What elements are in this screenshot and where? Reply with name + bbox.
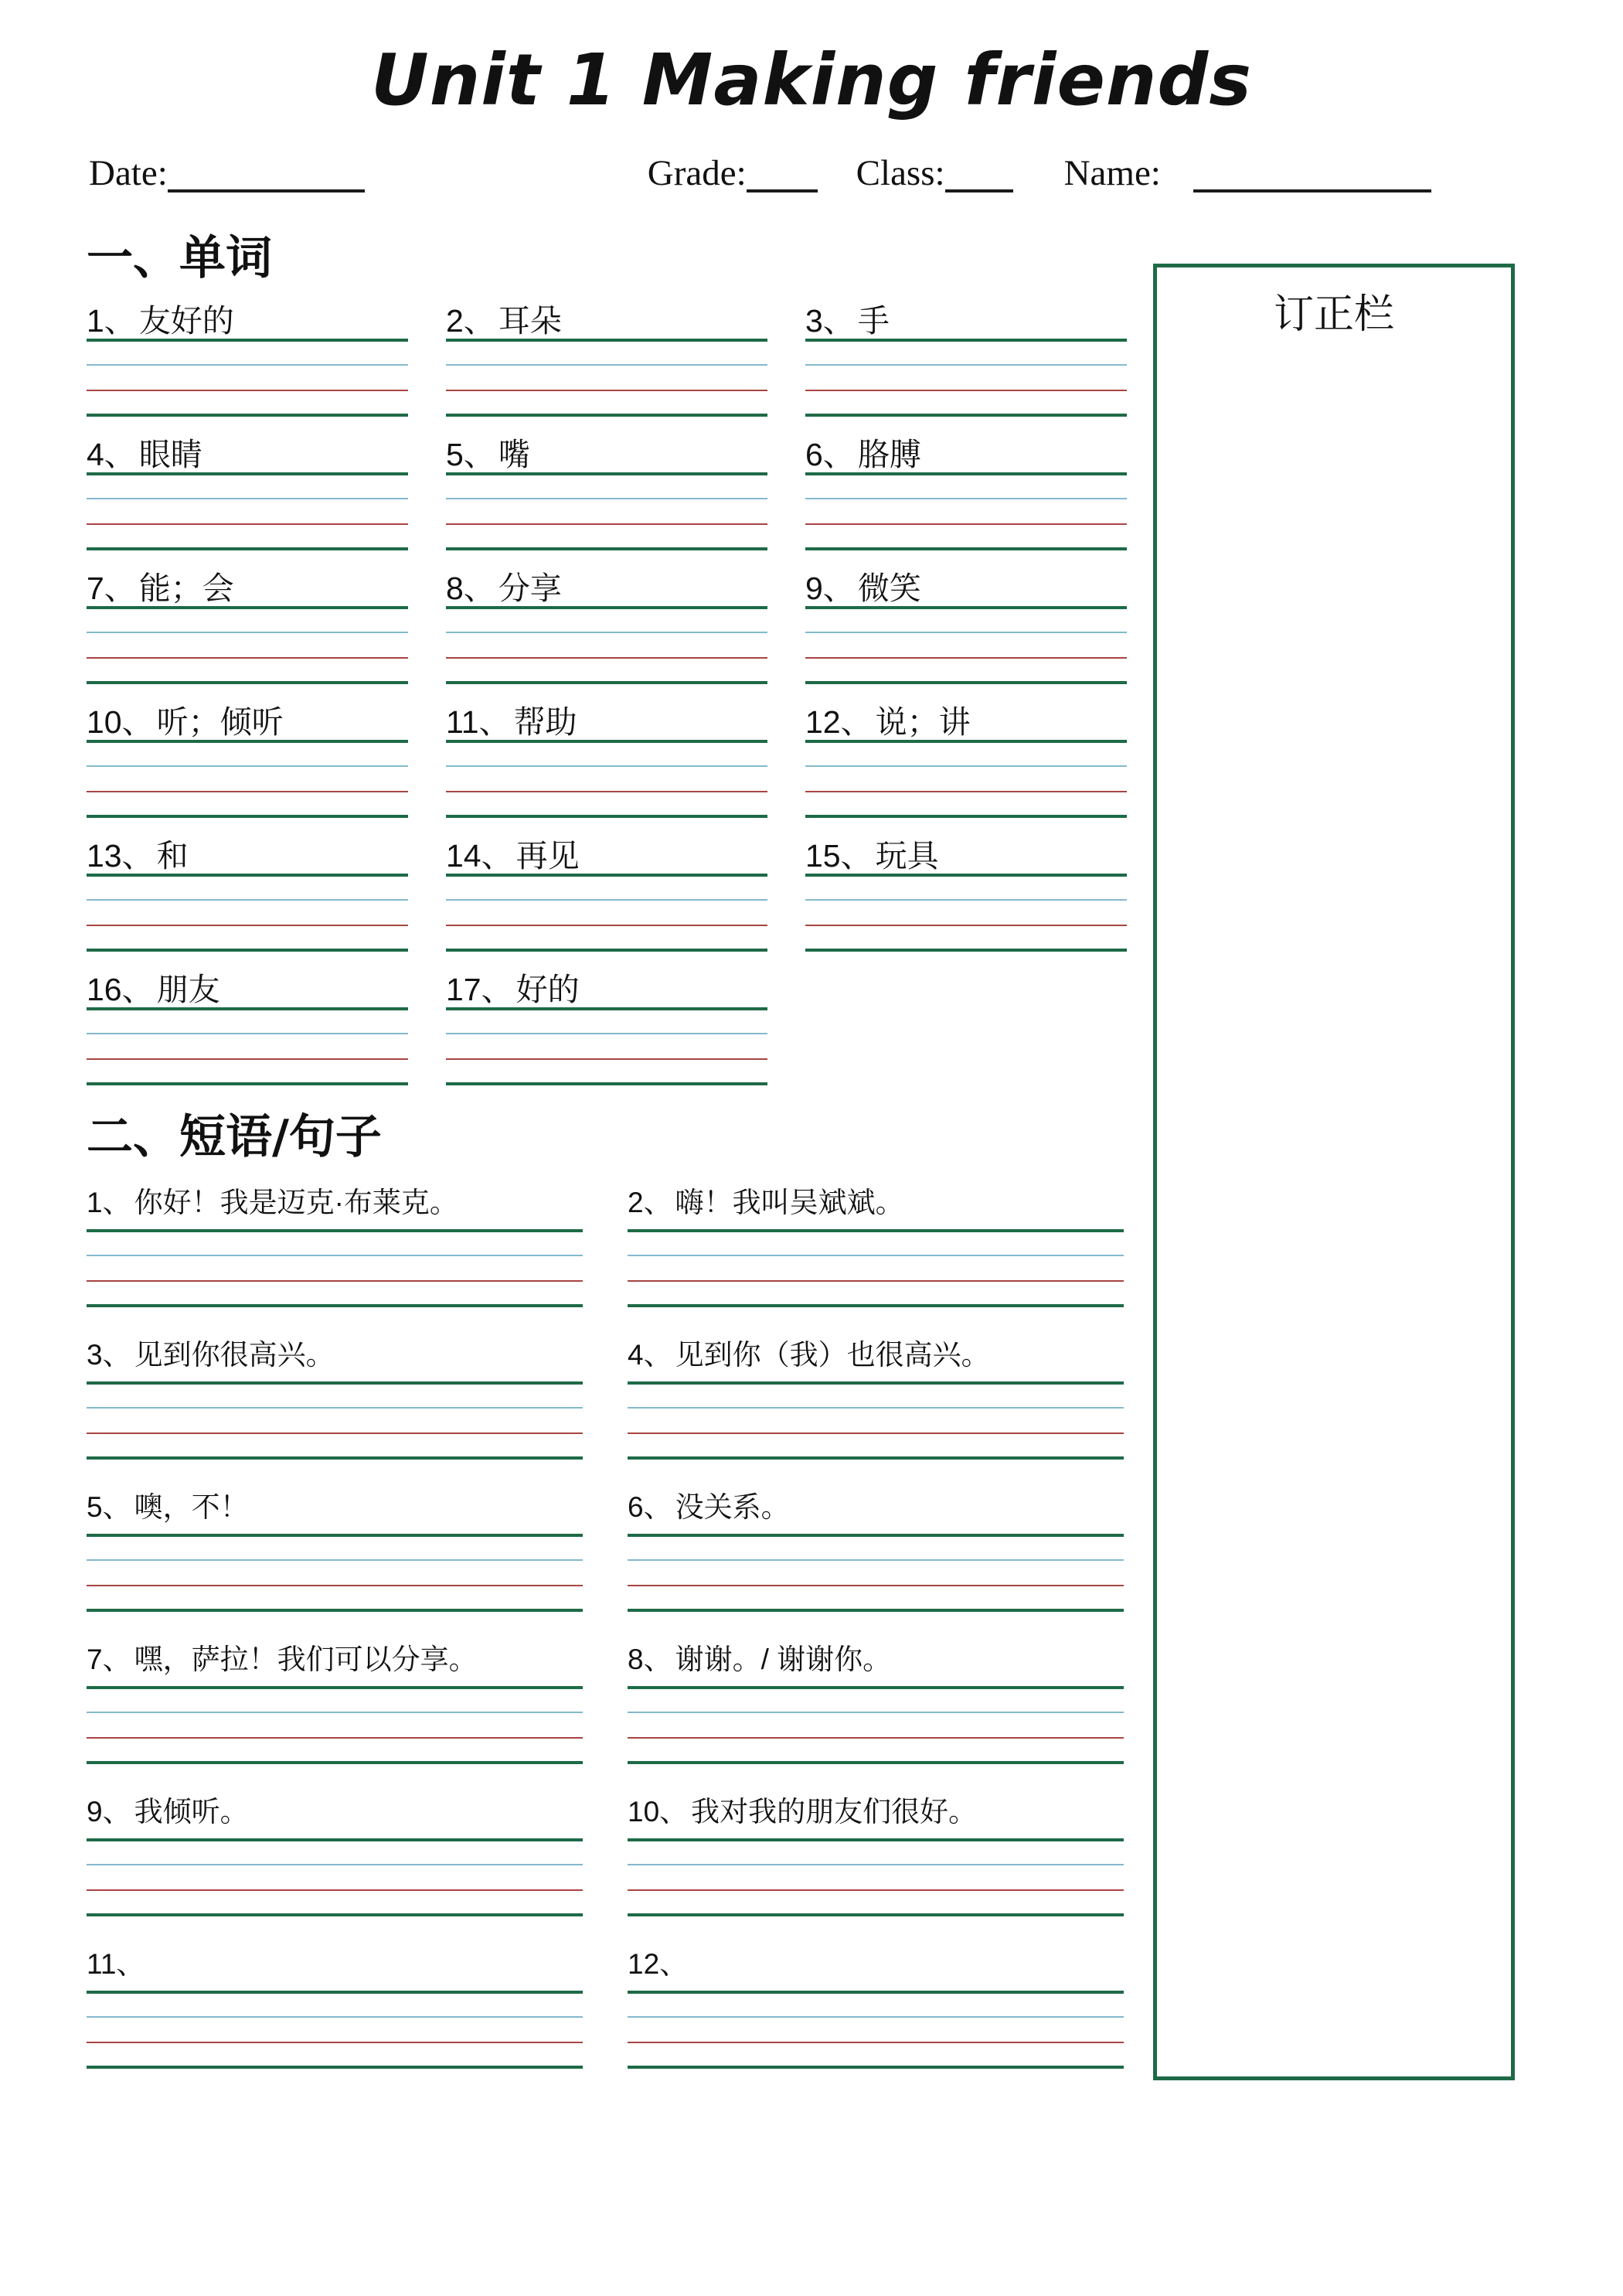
section-words-heading: 一、单词	[87, 230, 1127, 287]
word-number: 17、	[446, 972, 513, 1007]
sentence-item: 2、嗨！我叫吴斌斌。	[628, 1186, 1124, 1307]
sentence-number: 10、	[628, 1796, 688, 1828]
writing-line-top-green	[446, 339, 767, 342]
writing-line-bottom-green	[87, 681, 408, 684]
word-item: 15、玩具	[805, 839, 1127, 952]
word-item: 2、耳朵	[446, 304, 767, 417]
writing-lines[interactable]	[87, 1838, 583, 1916]
writing-line-blue	[628, 1559, 1124, 1561]
word-number: 8、	[446, 571, 495, 606]
writing-line-bottom-green	[628, 1913, 1124, 1916]
word-item: 10、听；倾听	[87, 705, 408, 818]
word-text: 眼睛	[139, 437, 202, 472]
writing-line-red	[805, 791, 1127, 792]
writing-line-blue	[628, 1255, 1124, 1256]
writing-line-bottom-green	[446, 547, 767, 550]
writing-line-top-green	[87, 339, 408, 342]
word-text: 帮助	[514, 704, 577, 740]
word-number: 3、	[805, 303, 855, 339]
writing-line-bottom-green	[446, 414, 767, 417]
word-text: 胳膊	[858, 437, 921, 472]
word-number: 5、	[446, 437, 495, 472]
word-item: 17、好的	[446, 973, 767, 1085]
word-text: 分享	[498, 571, 562, 606]
writing-lines[interactable]	[628, 1838, 1124, 1916]
word-label: 15、玩具	[805, 839, 1127, 874]
writing-line-bottom-green	[805, 414, 1127, 417]
writing-lines[interactable]	[87, 740, 408, 818]
word-label: 17、好的	[446, 973, 767, 1007]
writing-lines[interactable]	[628, 1534, 1124, 1612]
section-sentences-heading: 二、短语/句子	[87, 1109, 1127, 1166]
word-label: 11、帮助	[446, 705, 767, 740]
writing-lines[interactable]	[628, 1686, 1124, 1764]
sentence-text: 嗨！我叫吴斌斌。	[675, 1187, 904, 1218]
writing-line-top-green	[87, 1534, 583, 1537]
writing-line-blue	[87, 1255, 583, 1256]
date-input-line[interactable]	[168, 185, 365, 192]
writing-line-blue	[87, 899, 408, 901]
word-number: 12、	[805, 704, 873, 740]
word-label: 16、朋友	[87, 973, 408, 1007]
writing-line-blue	[805, 364, 1127, 366]
writing-line-red	[805, 657, 1127, 659]
sentence-number: 7、	[87, 1644, 131, 1675]
sentence-item: 11、	[87, 1947, 583, 2069]
writing-line-bottom-green	[446, 1082, 767, 1085]
word-number: 1、	[87, 303, 136, 339]
writing-line-top-green	[628, 1534, 1124, 1537]
sentence-item: 7、嘿，萨拉！我们可以分享。	[87, 1643, 583, 1764]
writing-line-red	[628, 1432, 1124, 1434]
sentence-text: 你好！我是迈克·布莱克。	[134, 1187, 458, 1218]
writing-line-top-green	[446, 740, 767, 743]
writing-line-red	[446, 657, 767, 659]
word-number: 9、	[805, 571, 855, 606]
sentence-item: 4、见到你（我）也很高兴。	[628, 1338, 1124, 1460]
writing-line-blue	[87, 1712, 583, 1713]
sentences-grid: 1、你好！我是迈克·布莱克。 2、嗨！我叫吴斌斌。 3、见到你很高兴。 4、见到…	[87, 1186, 1127, 2069]
sentence-text: 嘿，萨拉！我们可以分享。	[134, 1644, 478, 1675]
writing-line-red	[87, 1889, 583, 1891]
sentence-text: 我倾听。	[134, 1796, 249, 1828]
info-row: Date: Grade: Class: Name:	[89, 152, 1623, 194]
writing-line-bottom-green	[87, 2066, 583, 2069]
word-item: 14、再见	[446, 839, 767, 952]
writing-line-top-green	[628, 1991, 1124, 1994]
writing-line-blue	[446, 899, 767, 901]
word-label: 4、眼睛	[87, 438, 408, 472]
word-number: 6、	[805, 437, 855, 472]
writing-line-bottom-green	[87, 1609, 583, 1612]
word-label: 1、友好的	[87, 304, 408, 339]
sentence-number: 8、	[628, 1644, 672, 1675]
writing-line-blue	[87, 1033, 408, 1034]
writing-line-blue	[87, 1407, 583, 1409]
word-label: 14、再见	[446, 839, 767, 874]
writing-line-blue	[805, 632, 1127, 633]
writing-line-top-green	[805, 606, 1127, 609]
writing-line-red	[446, 523, 767, 525]
sentence-text: 噢，不！	[134, 1491, 249, 1523]
writing-line-bottom-green	[446, 681, 767, 684]
writing-line-bottom-green	[805, 815, 1127, 818]
sentence-label: 5、噢，不！	[87, 1490, 583, 1524]
writing-line-red	[87, 657, 408, 659]
writing-line-bottom-green	[87, 1456, 583, 1460]
writing-line-bottom-green	[446, 815, 767, 818]
word-item: 9、微笑	[805, 571, 1127, 684]
sentence-label: 1、你好！我是迈克·布莱克。	[87, 1186, 583, 1220]
writing-line-bottom-green	[628, 1609, 1124, 1612]
sentence-number: 6、	[628, 1491, 672, 1523]
writing-line-blue	[628, 1712, 1124, 1713]
writing-line-bottom-green	[628, 2066, 1124, 2069]
sentence-number: 5、	[87, 1491, 131, 1523]
writing-line-blue	[87, 1559, 583, 1561]
sentence-label: 9、我倾听。	[87, 1795, 583, 1829]
writing-line-blue	[446, 1033, 767, 1034]
word-label: 3、手	[805, 304, 1127, 339]
correction-box-title: 订正栏	[1157, 281, 1511, 339]
word-number: 14、	[446, 838, 513, 874]
sentence-number: 2、	[628, 1187, 672, 1218]
writing-line-red	[805, 523, 1127, 525]
writing-line-bottom-green	[805, 547, 1127, 550]
main-column: 一、单词 1、友好的 2、耳朵 3、手 4、眼睛	[87, 230, 1127, 2069]
word-text: 和	[157, 838, 189, 874]
writing-lines[interactable]	[446, 472, 767, 550]
writing-line-red	[446, 925, 767, 926]
word-item: 7、能；会	[87, 571, 408, 684]
writing-line-blue	[446, 498, 767, 499]
sentence-item: 10、我对我的朋友们很好。	[628, 1795, 1124, 1916]
writing-line-bottom-green	[87, 1304, 583, 1307]
writing-line-bottom-green	[87, 1082, 408, 1085]
sentence-label: 12、	[628, 1947, 1124, 1981]
writing-line-bottom-green	[628, 1761, 1124, 1764]
writing-line-top-green	[446, 1007, 767, 1010]
writing-line-red	[628, 1585, 1124, 1586]
writing-lines[interactable]	[87, 1229, 583, 1307]
writing-lines[interactable]	[805, 606, 1127, 684]
writing-lines[interactable]	[87, 339, 408, 417]
writing-line-blue	[805, 765, 1127, 767]
word-number: 11、	[446, 704, 511, 740]
content-area: 一、单词 1、友好的 2、耳朵 3、手 4、眼睛	[87, 230, 1623, 2080]
writing-line-blue	[628, 1407, 1124, 1409]
word-item: 5、嘴	[446, 438, 767, 550]
word-number: 2、	[446, 303, 495, 339]
writing-line-top-green	[628, 1229, 1124, 1232]
word-item: 6、胳膊	[805, 438, 1127, 550]
word-text: 嘴	[498, 437, 530, 472]
word-text: 手	[858, 303, 890, 339]
writing-line-red	[805, 925, 1127, 926]
writing-line-red	[628, 1737, 1124, 1739]
writing-line-red	[446, 791, 767, 792]
writing-line-red	[87, 2042, 583, 2043]
writing-line-top-green	[87, 1686, 583, 1689]
sentence-label: 4、见到你（我）也很高兴。	[628, 1338, 1124, 1372]
word-text: 耳朵	[498, 303, 562, 339]
writing-line-blue	[87, 632, 408, 633]
sentence-number: 4、	[628, 1339, 672, 1371]
writing-lines[interactable]	[446, 1007, 767, 1085]
writing-line-red	[628, 1889, 1124, 1891]
sentence-label: 10、我对我的朋友们很好。	[628, 1795, 1124, 1829]
writing-lines[interactable]	[87, 1991, 583, 2069]
writing-line-blue	[87, 2016, 583, 2018]
writing-lines[interactable]	[628, 1991, 1124, 2069]
writing-line-red	[87, 1585, 583, 1586]
word-number: 10、	[87, 704, 154, 740]
writing-lines[interactable]	[87, 1534, 583, 1612]
writing-lines[interactable]	[87, 1686, 583, 1764]
writing-line-top-green	[805, 740, 1127, 743]
word-item: 11、帮助	[446, 705, 767, 818]
word-text: 玩具	[876, 838, 939, 874]
sentence-text: 谢谢。/ 谢谢你。	[675, 1644, 892, 1675]
word-text: 能；会	[139, 571, 234, 606]
sentence-item: 5、噢，不！	[87, 1490, 583, 1612]
writing-line-blue	[87, 364, 408, 366]
word-number: 15、	[805, 838, 873, 874]
word-text: 听；倾听	[157, 704, 284, 740]
writing-line-blue	[87, 498, 408, 499]
writing-line-top-green	[446, 874, 767, 877]
word-label: 9、微笑	[805, 571, 1127, 606]
grade-input-line[interactable]	[747, 185, 818, 192]
writing-lines[interactable]	[446, 339, 767, 417]
word-number: 16、	[87, 972, 154, 1007]
writing-lines[interactable]	[805, 740, 1127, 818]
writing-line-red	[87, 390, 408, 391]
writing-line-top-green	[87, 606, 408, 609]
writing-line-bottom-green	[87, 1913, 583, 1916]
word-item: 1、友好的	[87, 304, 408, 417]
writing-line-top-green	[87, 740, 408, 743]
writing-line-top-green	[87, 1381, 583, 1385]
writing-line-red	[87, 1058, 408, 1060]
writing-line-top-green	[87, 874, 408, 877]
word-text: 友好的	[139, 303, 234, 339]
sentence-item: 1、你好！我是迈克·布莱克。	[87, 1186, 583, 1307]
sentence-number: 3、	[87, 1339, 131, 1371]
sentence-text: 没关系。	[675, 1491, 790, 1523]
word-number: 7、	[87, 571, 136, 606]
writing-line-bottom-green	[805, 949, 1127, 952]
writing-line-blue	[446, 632, 767, 633]
worksheet-page: Unit 1 Making friends Date: Grade: Class…	[0, 0, 1623, 2296]
sentence-item: 9、我倾听。	[87, 1795, 583, 1916]
name-input-line[interactable]	[1193, 185, 1431, 192]
correction-box: 订正栏	[1153, 264, 1515, 2080]
word-item: 8、分享	[446, 571, 767, 684]
writing-line-top-green	[628, 1686, 1124, 1689]
grade-label: Grade:	[648, 152, 747, 194]
sentence-number: 1、	[87, 1187, 131, 1218]
sentence-label: 11、	[87, 1947, 583, 1981]
writing-line-blue	[446, 765, 767, 767]
writing-line-red	[87, 523, 408, 525]
sentence-label: 2、嗨！我叫吴斌斌。	[628, 1186, 1124, 1220]
writing-line-top-green	[87, 472, 408, 475]
word-item: 3、手	[805, 304, 1127, 417]
writing-line-red	[446, 390, 767, 391]
date-label: Date:	[89, 152, 168, 194]
writing-line-top-green	[87, 1229, 583, 1232]
word-text: 微笑	[858, 571, 921, 606]
writing-line-bottom-green	[805, 681, 1127, 684]
writing-line-top-green	[805, 339, 1127, 342]
writing-line-bottom-green	[87, 1761, 583, 1764]
sentence-number: 11、	[87, 1948, 145, 1980]
word-label: 8、分享	[446, 571, 767, 606]
writing-lines[interactable]	[628, 1381, 1124, 1460]
writing-lines[interactable]	[87, 1007, 408, 1085]
word-text: 再见	[516, 838, 580, 874]
writing-lines[interactable]	[87, 874, 408, 952]
writing-line-top-green	[805, 874, 1127, 877]
writing-lines[interactable]	[87, 1381, 583, 1460]
writing-lines[interactable]	[446, 606, 767, 684]
word-label: 2、耳朵	[446, 304, 767, 339]
word-item: 16、朋友	[87, 973, 408, 1085]
name-label: Name:	[1064, 152, 1161, 194]
sentence-text: 我对我的朋友们很好。	[691, 1796, 977, 1828]
word-item: 13、和	[87, 839, 408, 952]
writing-line-top-green	[87, 1991, 583, 1994]
word-label: 7、能；会	[87, 571, 408, 606]
word-label: 5、嘴	[446, 438, 767, 472]
writing-line-blue	[805, 899, 1127, 901]
writing-line-blue	[87, 1864, 583, 1865]
writing-line-top-green	[805, 472, 1127, 475]
writing-line-bottom-green	[87, 414, 408, 417]
word-label: 10、听；倾听	[87, 705, 408, 740]
writing-line-red	[805, 390, 1127, 391]
writing-line-bottom-green	[628, 1304, 1124, 1307]
sentence-number: 9、	[87, 1796, 131, 1828]
sentence-text: 见到你（我）也很高兴。	[675, 1339, 990, 1371]
word-label: 13、和	[87, 839, 408, 874]
sentence-label: 7、嘿，萨拉！我们可以分享。	[87, 1643, 583, 1677]
word-text: 朋友	[157, 972, 220, 1007]
writing-line-blue	[805, 498, 1127, 499]
writing-line-red	[87, 1432, 583, 1434]
sentence-item: 3、见到你很高兴。	[87, 1338, 583, 1460]
writing-lines[interactable]	[805, 339, 1127, 417]
page-title: Unit 1 Making friends	[0, 0, 1623, 121]
writing-line-bottom-green	[446, 949, 767, 952]
sentence-number: 12、	[628, 1948, 688, 1980]
writing-line-top-green	[87, 1838, 583, 1841]
writing-line-red	[87, 1280, 583, 1282]
writing-line-red	[87, 1737, 583, 1739]
word-number: 4、	[87, 437, 136, 472]
writing-line-bottom-green	[87, 815, 408, 818]
sentence-text: 见到你很高兴。	[134, 1339, 335, 1371]
writing-line-bottom-green	[87, 547, 408, 550]
writing-line-red	[628, 2042, 1124, 2043]
writing-line-blue	[446, 364, 767, 366]
writing-line-blue	[628, 2016, 1124, 2018]
word-text: 好的	[516, 972, 580, 1007]
writing-lines[interactable]	[446, 740, 767, 818]
sentence-label: 3、见到你很高兴。	[87, 1338, 583, 1372]
writing-line-red	[628, 1280, 1124, 1282]
writing-lines[interactable]	[805, 874, 1127, 952]
writing-line-red	[446, 1058, 767, 1060]
writing-lines[interactable]	[628, 1229, 1124, 1307]
writing-line-bottom-green	[87, 949, 408, 952]
writing-line-top-green	[628, 1381, 1124, 1385]
sentence-label: 8、谢谢。/ 谢谢你。	[628, 1643, 1124, 1677]
sentence-item: 8、谢谢。/ 谢谢你。	[628, 1643, 1124, 1764]
writing-line-red	[87, 791, 408, 792]
writing-line-top-green	[446, 472, 767, 475]
writing-line-bottom-green	[628, 1456, 1124, 1460]
writing-line-top-green	[628, 1838, 1124, 1841]
writing-line-top-green	[87, 1007, 408, 1010]
word-item: 4、眼睛	[87, 438, 408, 550]
word-label: 6、胳膊	[805, 438, 1127, 472]
sentence-item: 6、没关系。	[628, 1490, 1124, 1612]
class-input-line[interactable]	[945, 185, 1013, 192]
writing-lines[interactable]	[87, 472, 408, 550]
word-number: 13、	[87, 838, 154, 874]
word-item: 12、说；讲	[805, 705, 1127, 818]
words-grid: 1、友好的 2、耳朵 3、手 4、眼睛	[87, 304, 1127, 1085]
sentence-label: 6、没关系。	[628, 1490, 1124, 1524]
writing-lines[interactable]	[446, 874, 767, 952]
class-label: Class:	[856, 152, 945, 194]
sentence-item: 12、	[628, 1947, 1124, 2069]
writing-line-red	[87, 925, 408, 926]
word-text: 说；讲	[876, 704, 971, 740]
writing-lines[interactable]	[87, 606, 408, 684]
writing-line-blue	[87, 765, 408, 767]
writing-line-blue	[628, 1864, 1124, 1865]
writing-lines[interactable]	[805, 472, 1127, 550]
word-label: 12、说；讲	[805, 705, 1127, 740]
writing-line-top-green	[446, 606, 767, 609]
